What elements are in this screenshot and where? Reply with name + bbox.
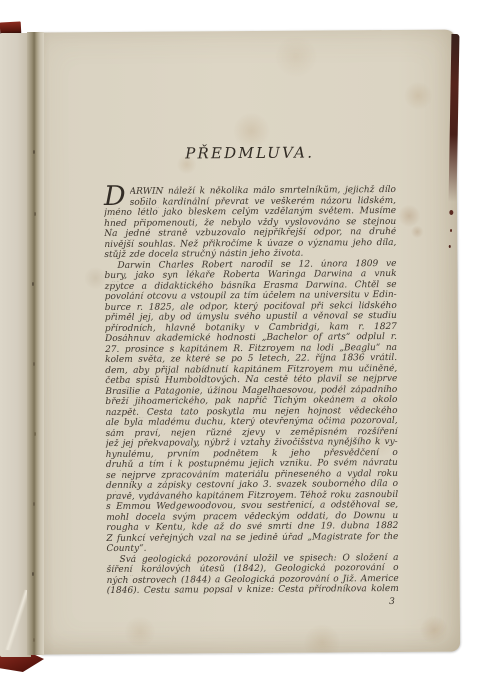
drop-cap-letter: D bbox=[104, 187, 130, 208]
page-text-block: PŘEDMLUVA. DARWIN náleží k několika málo… bbox=[104, 143, 399, 609]
paragraph: Darwin Charles Robert narodil se 12. úno… bbox=[104, 258, 398, 554]
page-number: 3 bbox=[107, 596, 399, 608]
text-line: (1846). Cestu samu popsal v knize: Cesta… bbox=[107, 584, 399, 597]
body-text: DARWIN náleží k několika málo smrtelníků… bbox=[104, 185, 399, 597]
paragraph: DARWIN náleží k několika málo smrtelníků… bbox=[104, 185, 397, 261]
book-cover-edge-right bbox=[449, 34, 460, 202]
book-gutter bbox=[27, 32, 44, 655]
chapter-title: PŘEDMLUVA. bbox=[104, 143, 396, 163]
paragraph: Svá geologická pozorování uložil ve spis… bbox=[106, 552, 398, 596]
book-photo: PŘEDMLUVA. DARWIN náleží k několika málo… bbox=[0, 0, 494, 700]
book-page: PŘEDMLUVA. DARWIN náleží k několika málo… bbox=[36, 30, 460, 655]
text-line: Z funkcí veřejných vzal na se jedině úřa… bbox=[106, 531, 398, 544]
